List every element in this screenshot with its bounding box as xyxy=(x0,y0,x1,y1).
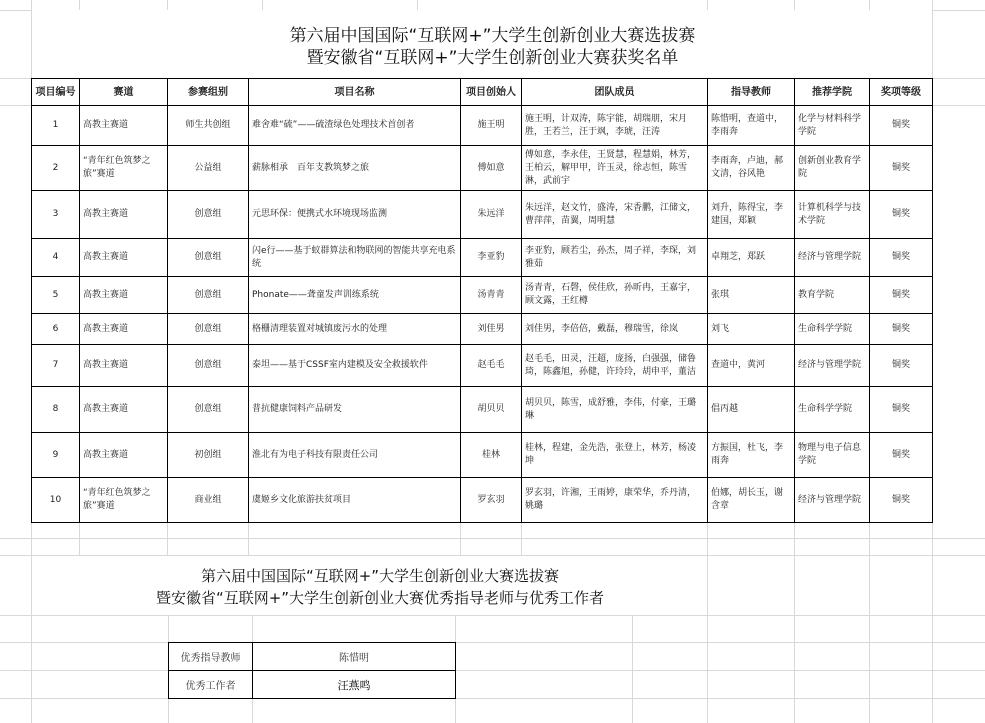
cell-track[interactable]: 高教主赛道 xyxy=(80,345,168,387)
cell-track[interactable]: 高教主赛道 xyxy=(80,314,168,345)
cell-no[interactable]: 2 xyxy=(32,146,80,191)
cell-college[interactable]: 经济与管理学院 xyxy=(795,345,870,387)
cell-members[interactable]: 罗玄羽，许湘，王雨婷，康荣华，乔丹清，姚璐 xyxy=(522,478,708,523)
cell-project[interactable]: 普抗健康饲料产品研发 xyxy=(249,387,461,433)
cell-advisors[interactable]: 倡丙越 xyxy=(708,387,795,433)
cell-founder[interactable]: 胡贝贝 xyxy=(461,387,522,433)
cell-members[interactable]: 傅如意，李永佳，王贤慧，程慧娟，林芳，王柏云，解甲甲，许玉灵，徐志恒，陈雪淋，武… xyxy=(522,146,708,191)
honor-label[interactable]: 优秀指导教师 xyxy=(169,643,253,671)
cell-no[interactable]: 7 xyxy=(32,345,80,387)
cell-track[interactable]: 高教主赛道 xyxy=(80,191,168,239)
header-advisors[interactable]: 指导教师 xyxy=(708,79,795,106)
cell-group[interactable]: 创意组 xyxy=(168,387,249,433)
cell-founder[interactable]: 罗玄羽 xyxy=(461,478,522,523)
cell-group[interactable]: 商业组 xyxy=(168,478,249,523)
page-title-line1: 第六届中国国际“互联网+”大学生创新创业大赛选拔赛 xyxy=(0,26,985,47)
cell-project[interactable]: 虞姬乡文化旅游扶贫项目 xyxy=(249,478,461,523)
header-founder[interactable]: 项目创始人 xyxy=(461,79,522,106)
cell-advisors[interactable]: 伯娜，胡长玉，谢含章 xyxy=(708,478,795,523)
cell-college[interactable]: 化学与材料科学学院 xyxy=(795,106,870,146)
table-row: 2 “青年红色筑梦之旅”赛道 公益组 薪脉相承 百年支教筑梦之旅 傅如意 傅如意… xyxy=(32,146,933,191)
cell-track[interactable]: 高教主赛道 xyxy=(80,277,168,314)
cell-college[interactable]: 经济与管理学院 xyxy=(795,478,870,523)
table-row: 8 高教主赛道 创意组 普抗健康饲料产品研发 胡贝贝 胡贝贝，陈雪，成舒雅，李伟… xyxy=(32,387,933,433)
cell-members[interactable]: 李亚豹，顾若尘，孙杰，周子祥，李琛，刘雅茹 xyxy=(522,239,708,277)
gridline xyxy=(417,0,418,10)
cell-no[interactable]: 5 xyxy=(32,277,80,314)
gridline xyxy=(707,0,708,10)
cell-project[interactable]: Phonate——聋童发声训练系统 xyxy=(249,277,461,314)
gridline xyxy=(0,642,985,643)
cell-members[interactable]: 汤青青，石磬，侯佳欣，孙昕冉，王嘉宇，顾文露，王红樽 xyxy=(522,277,708,314)
gridline xyxy=(869,522,870,723)
cell-advisors[interactable]: 刘升，陈得宝，李建国，郑颖 xyxy=(708,191,795,239)
cell-no[interactable]: 9 xyxy=(32,433,80,478)
cell-members[interactable]: 桂林，程建，金先浩，张登上，林芳，杨凌坤 xyxy=(522,433,708,478)
cell-award[interactable]: 铜奖 xyxy=(870,106,933,146)
gridline xyxy=(0,538,985,539)
cell-track[interactable]: 高教主赛道 xyxy=(80,387,168,433)
cell-advisors[interactable]: 李雨奔，卢迪，郝文清，谷风艳 xyxy=(708,146,795,191)
cell-group[interactable]: 初创组 xyxy=(168,433,249,478)
gridline xyxy=(167,0,168,10)
gridline xyxy=(262,0,263,10)
cell-group[interactable]: 创意组 xyxy=(168,239,249,277)
cell-award[interactable]: 铜奖 xyxy=(870,433,933,478)
cell-award[interactable]: 铜奖 xyxy=(870,239,933,277)
table-row: 9 高教主赛道 初创组 淮北有为电子科技有限责任公司 桂林 桂林，程建，金先浩，… xyxy=(32,433,933,478)
cell-award[interactable]: 铜奖 xyxy=(870,478,933,523)
header-group[interactable]: 参赛组别 xyxy=(168,79,249,106)
cell-founder[interactable]: 李亚豹 xyxy=(461,239,522,277)
cell-founder[interactable]: 傅如意 xyxy=(461,146,522,191)
honor-table: 优秀指导教师 陈惜明 优秀工作者 汪燕鸣 xyxy=(168,642,456,699)
gridline xyxy=(794,0,795,10)
gridline xyxy=(0,555,985,556)
section2-title-line1: 第六届中国国际“互联网+”大学生创新创业大赛选拔赛 xyxy=(110,566,650,586)
cell-track[interactable]: 高教主赛道 xyxy=(80,239,168,277)
cell-members[interactable]: 赵毛毛，田灵，汪超，庞扬，白强强，储鲁琦，陈鑫旭，孙健，许玲玲，胡申平，董洁 xyxy=(522,345,708,387)
honor-label[interactable]: 优秀工作者 xyxy=(169,671,253,699)
table-row: 10 “青年红色筑梦之旅”赛道 商业组 虞姬乡文化旅游扶贫项目 罗玄羽 罗玄羽，… xyxy=(32,478,933,523)
cell-no[interactable]: 10 xyxy=(32,478,80,523)
cell-group[interactable]: 创意组 xyxy=(168,277,249,314)
table-row: 4 高教主赛道 创意组 闪e行——基于蚁群算法和物联网的智能共享充电系统 李亚豹… xyxy=(32,239,933,277)
cell-no[interactable]: 1 xyxy=(32,106,80,146)
gridline xyxy=(0,670,985,671)
cell-advisors[interactable]: 查道中，黄河 xyxy=(708,345,795,387)
cell-college[interactable]: 物理与电子信息学院 xyxy=(795,433,870,478)
gridline xyxy=(0,10,31,11)
cell-advisors[interactable]: 张琪 xyxy=(708,277,795,314)
cell-group[interactable]: 公益组 xyxy=(168,146,249,191)
cell-track[interactable]: “青年红色筑梦之旅”赛道 xyxy=(80,146,168,191)
header-members[interactable]: 团队成员 xyxy=(522,79,708,106)
cell-project[interactable]: 格栅清理装置对城镇废污水的处理 xyxy=(249,314,461,345)
gridline xyxy=(932,10,985,11)
cell-track[interactable]: 高教主赛道 xyxy=(80,433,168,478)
table-row: 6 高教主赛道 创意组 格栅清理装置对城镇废污水的处理 刘佳男 刘佳男，李倍倍，… xyxy=(32,314,933,345)
cell-advisors[interactable]: 方振国，杜飞，李雨奔 xyxy=(708,433,795,478)
cell-award[interactable]: 铜奖 xyxy=(870,146,933,191)
honor-row-worker: 优秀工作者 汪燕鸣 xyxy=(169,671,456,699)
cell-founder[interactable]: 刘佳男 xyxy=(461,314,522,345)
gridline xyxy=(932,105,985,106)
cell-advisors[interactable]: 陈惜明，查道中，李雨奔 xyxy=(708,106,795,146)
cell-college[interactable]: 生命科学学院 xyxy=(795,387,870,433)
cell-project[interactable]: 难舍难“硫”——硫渣绿色处理技术首创者 xyxy=(249,106,461,146)
cell-award[interactable]: 铜奖 xyxy=(870,191,933,239)
honor-name[interactable]: 汪燕鸣 xyxy=(253,671,456,699)
cell-college[interactable]: 生命科学学院 xyxy=(795,314,870,345)
cell-group[interactable]: 师生共创组 xyxy=(168,106,249,146)
gridline xyxy=(932,78,985,79)
gridline xyxy=(0,615,985,616)
cell-group[interactable]: 创意组 xyxy=(168,345,249,387)
cell-advisors[interactable]: 卓翔芝，郑跃 xyxy=(708,239,795,277)
cell-members[interactable]: 朱远洋，赵文竹，盛涛，宋香鹏，江储文，曹萍萍，苗翼，周明慧 xyxy=(522,191,708,239)
header-project-name[interactable]: 项目名称 xyxy=(249,79,461,106)
cell-project[interactable]: 泰坦——基于CSSF室内建模及安全救援软件 xyxy=(249,345,461,387)
cell-project[interactable]: 元思环保：便携式水环境现场监测 xyxy=(249,191,461,239)
cell-no[interactable]: 6 xyxy=(32,314,80,345)
cell-group[interactable]: 创意组 xyxy=(168,314,249,345)
gridline xyxy=(632,615,633,723)
cell-college[interactable]: 计算机科学与技术学院 xyxy=(795,191,870,239)
cell-college[interactable]: 经济与管理学院 xyxy=(795,239,870,277)
header-college[interactable]: 推荐学院 xyxy=(795,79,870,106)
gridline xyxy=(869,0,870,10)
table-row: 7 高教主赛道 创意组 泰坦——基于CSSF室内建模及安全救援软件 赵毛毛 赵毛… xyxy=(32,345,933,387)
header-track[interactable]: 赛道 xyxy=(80,79,168,106)
cell-college[interactable]: 教育学院 xyxy=(795,277,870,314)
gridline xyxy=(0,698,985,699)
cell-project[interactable]: 闪e行——基于蚁群算法和物联网的智能共享充电系统 xyxy=(249,239,461,277)
cell-no[interactable]: 4 xyxy=(32,239,80,277)
cell-award[interactable]: 铜奖 xyxy=(870,387,933,433)
award-table: 项目编号 赛道 参赛组别 项目名称 项目创始人 团队成员 指导教师 推荐学院 奖… xyxy=(31,78,933,523)
cell-college[interactable]: 创新创业教育学院 xyxy=(795,146,870,191)
header-award[interactable]: 奖项等级 xyxy=(870,79,933,106)
cell-no[interactable]: 8 xyxy=(32,387,80,433)
cell-track[interactable]: 高教主赛道 xyxy=(80,106,168,146)
gridline xyxy=(0,78,31,79)
cell-members[interactable]: 刘佳男，李倍倍，戴磊，穆瑞雪，徐岚 xyxy=(522,314,708,345)
table-row: 5 高教主赛道 创意组 Phonate——聋童发声训练系统 汤青青 汤青青，石磬… xyxy=(32,277,933,314)
cell-project[interactable]: 淮北有为电子科技有限责任公司 xyxy=(249,433,461,478)
gridline xyxy=(794,522,795,723)
cell-award[interactable]: 铜奖 xyxy=(870,314,933,345)
table-header-row: 项目编号 赛道 参赛组别 项目名称 项目创始人 团队成员 指导教师 推荐学院 奖… xyxy=(32,79,933,106)
cell-award[interactable]: 铜奖 xyxy=(870,345,933,387)
cell-members[interactable]: 胡贝贝，陈雪，成舒雅，李伟，付豪，王璐琳 xyxy=(522,387,708,433)
cell-founder[interactable]: 桂林 xyxy=(461,433,522,478)
cell-founder[interactable]: 施王明 xyxy=(461,106,522,146)
table-row: 3 高教主赛道 创意组 元思环保：便携式水环境现场监测 朱远洋 朱远洋，赵文竹，… xyxy=(32,191,933,239)
cell-members[interactable]: 施王明，计双涛，陈宇能，胡瑞朋，宋月胜，王若兰，汪于飒，李琥，汪涛 xyxy=(522,106,708,146)
cell-award[interactable]: 铜奖 xyxy=(870,277,933,314)
gridline xyxy=(79,0,80,10)
cell-advisors[interactable]: 刘飞 xyxy=(708,314,795,345)
section2-title-line2: 暨安徽省“互联网+”大学生创新创业大赛优秀指导老师与优秀工作者 xyxy=(110,588,650,608)
cell-no[interactable]: 3 xyxy=(32,191,80,239)
honor-row-advisor: 优秀指导教师 陈惜明 xyxy=(169,643,456,671)
header-project-no[interactable]: 项目编号 xyxy=(32,79,80,106)
gridline xyxy=(0,105,31,106)
cell-founder[interactable]: 赵毛毛 xyxy=(461,345,522,387)
cell-group[interactable]: 创意组 xyxy=(168,191,249,239)
table-row: 1 高教主赛道 师生共创组 难舍难“硫”——硫渣绿色处理技术首创者 施王明 施王… xyxy=(32,106,933,146)
cell-track[interactable]: “青年红色筑梦之旅”赛道 xyxy=(80,478,168,523)
cell-founder[interactable]: 汤青青 xyxy=(461,277,522,314)
cell-founder[interactable]: 朱远洋 xyxy=(461,191,522,239)
gridline xyxy=(707,522,708,723)
page-title-line2: 暨安徽省“互联网+”大学生创新创业大赛获奖名单 xyxy=(0,48,985,69)
cell-project[interactable]: 薪脉相承 百年支教筑梦之旅 xyxy=(249,146,461,191)
honor-name[interactable]: 陈惜明 xyxy=(253,643,456,671)
